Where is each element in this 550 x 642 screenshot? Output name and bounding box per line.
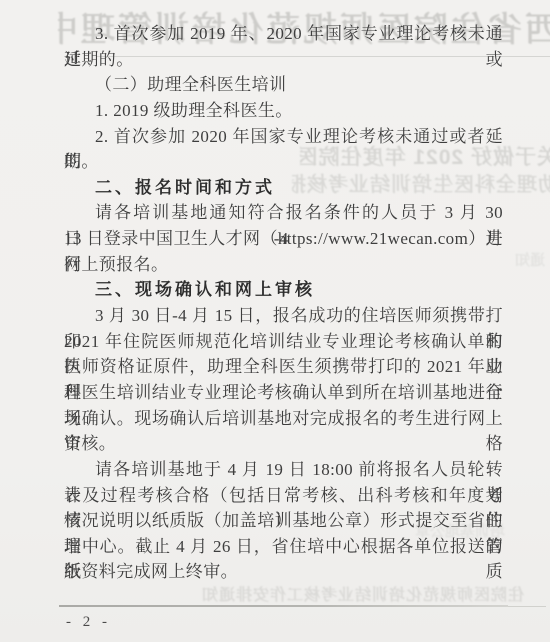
section-heading: 二、报名时间和方式: [64, 175, 503, 201]
bleed-through-text: 住院医师规范化培训结业考核工作安排通知: [172, 582, 524, 605]
document-body: 3. 首次参加 2019 年、2020 年国家专业理论考核未通过或 延期的。 （…: [64, 21, 503, 585]
text-line: 请各培训基地通知符合报名条件的人员于 3 月 30 日-4 月: [64, 200, 503, 226]
text-line: 3. 首次参加 2019 年、2020 年国家专业理论考核未通过或: [64, 21, 503, 47]
footer-rule: [508, 606, 546, 607]
text-line: 情况说明以纸质版（加盖培训基地公章）形式提交至省住培管: [64, 508, 503, 534]
text-line: 1. 2019 级助理全科医生。: [64, 98, 503, 124]
text-line: 3 月 30 日-4 月 15 日，报名成功的住培医师须携带打印的: [64, 303, 503, 329]
page-number: - 2 -: [66, 611, 111, 633]
text-line: 2021 年住院医师规范化培训结业专业理论考核确认单和执业: [64, 329, 503, 355]
scanned-document-page: 陕西省住院医师规范化培训管理中心 关于做好 2021 年度住院医师 助理全科医生…: [0, 0, 550, 642]
text-line: 科医生培训结业专业理论考核确认单到所在培训基地进行现: [64, 380, 503, 406]
text-line: 场确认。现场确认后培训基地对完成报名的考生进行网上资格: [64, 406, 503, 432]
text-line: 医师资格证原件，助理全科医生须携带打印的 2021 年助理全: [64, 354, 503, 380]
text-line: 网上预报名。: [64, 252, 503, 278]
text-line: 的。: [64, 149, 503, 175]
text-line: 理中心。截止 4 月 26 日，省住培中心根据各单位报送的纸质: [64, 534, 503, 560]
text-line: 13 日登录中国卫生人才网（https://www.21wecan.com）进行: [64, 226, 503, 252]
footer-rule: [59, 605, 508, 607]
section-heading: 三、现场确认和网上审核: [64, 277, 503, 303]
subsection-title: （二）助理全科医生培训: [64, 72, 503, 98]
text-line: 请各培训基地于 4 月 19 日 18:00 前将报名人员轮转计划: [64, 457, 503, 483]
text-line: 2. 首次参加 2020 年国家专业理论考核未通过或者延期: [64, 124, 503, 150]
text-line: 表及过程考核合格（包括日常考核、出科考核和年度考核）的: [64, 483, 503, 509]
